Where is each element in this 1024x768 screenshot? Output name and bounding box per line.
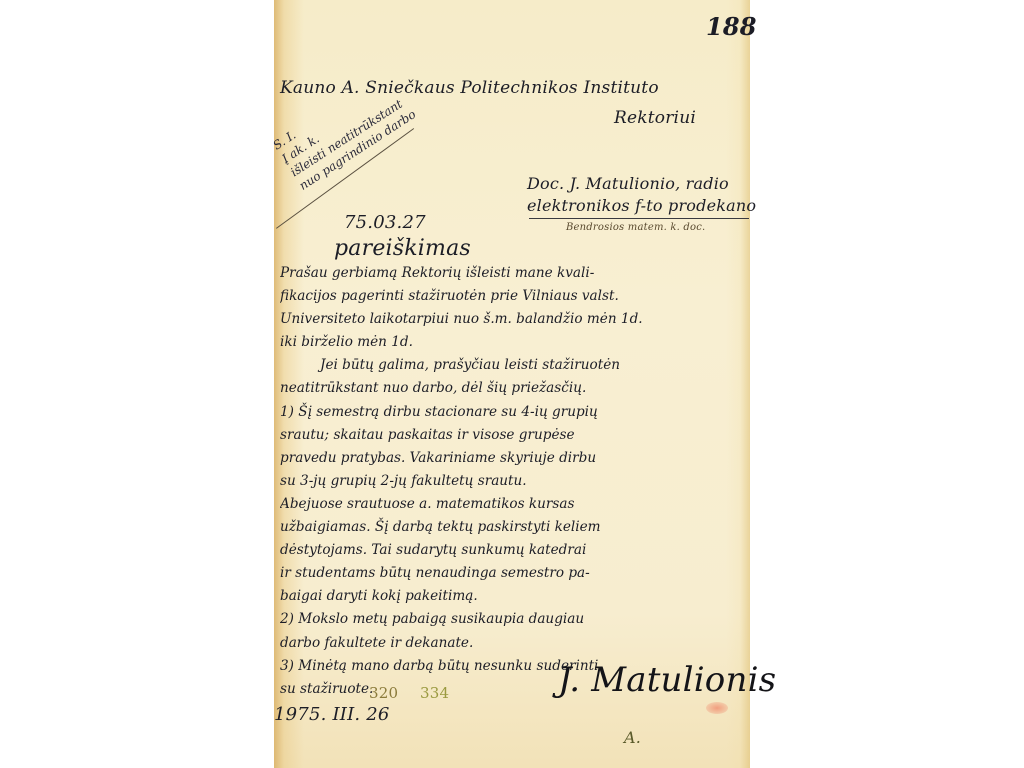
body-line: neatitrūkstant nuo darbo, dėl šių prieža… <box>280 377 748 400</box>
signature-mark: A. <box>624 728 641 747</box>
body-line: Prašau gerbiamą Rektorių išleisti mane k… <box>280 262 748 285</box>
pencil-note: 334 <box>420 684 449 702</box>
body-line: baigai daryti kokį pakeitimą. <box>280 585 748 608</box>
body-line: dėstytojams. Tai sudarytų sunkumų katedr… <box>280 539 748 562</box>
pencil-note: 320 <box>369 684 398 702</box>
addressee-line-2: Rektoriui <box>614 108 696 128</box>
signature: J. Matulionis <box>558 660 776 700</box>
sender-note: Bendrosios matem. k. doc. <box>566 222 705 233</box>
body-line: 1) Šį semestrą dirbu stacionare su 4-ių … <box>280 401 748 424</box>
document-date: 1975. III. 26 <box>274 704 390 725</box>
document-title: pareiškimas <box>334 236 471 261</box>
body-line: užbaigiamas. Šį darbą tektų paskirstyti … <box>280 516 748 539</box>
body-line: fikacijos pagerinti stažiruotėn prie Vil… <box>280 285 748 308</box>
sender-line-2: elektronikos f-to prodekano <box>527 196 756 215</box>
sender-underline <box>529 218 749 219</box>
body-line: Jei būtų galima, prašyčiau leisti stažir… <box>280 354 748 377</box>
body-line: Abejuose srautuose a. matematikos kursas <box>280 493 748 516</box>
body-line: srautu; skaitau paskaitas ir visose grup… <box>280 424 748 447</box>
document-page: 188 Kauno A. Sniečkaus Politechnikos Ins… <box>274 0 750 768</box>
body-line: Universiteto laikotarpiui nuo š.m. balan… <box>280 308 748 331</box>
body-line: ir studentams būtų nenaudinga semestro p… <box>280 562 748 585</box>
body-line: darbo fakultete ir dekanate. <box>280 632 748 655</box>
body-line: iki birželio mėn 1d. <box>280 331 748 354</box>
stain-mark <box>706 702 728 714</box>
body-line: 2) Mokslo metų pabaigą susikaupia daugia… <box>280 608 748 631</box>
body-line: pravedu pratybas. Vakariniame skyriuje d… <box>280 447 748 470</box>
body-line: su 3-jų grupių 2-jų fakultetų srautu. <box>280 470 748 493</box>
page-number: 188 <box>706 12 757 41</box>
document-body: Prašau gerbiamą Rektorių išleisti mane k… <box>280 262 748 701</box>
resolution-date: 75.03.27 <box>344 212 426 233</box>
sender-line-1: Doc. J. Matulionio, radio <box>527 174 729 193</box>
